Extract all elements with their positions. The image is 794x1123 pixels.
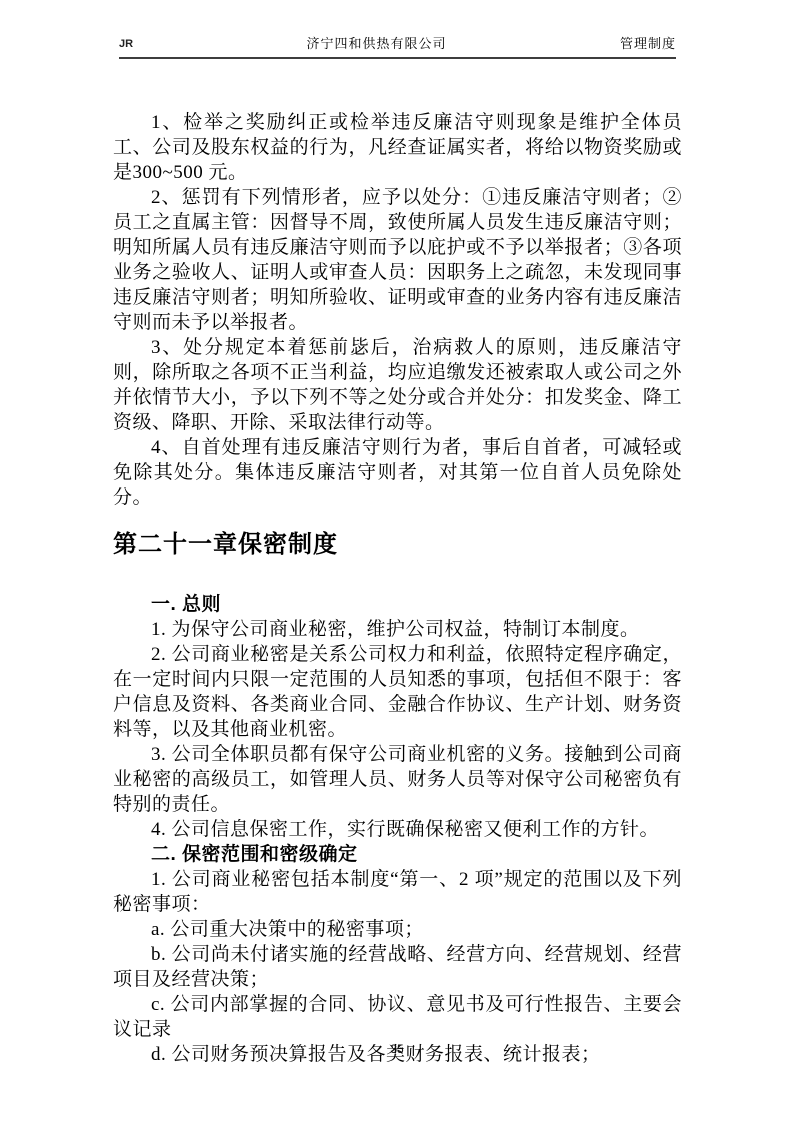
body-paragraph: 3、处分规定本着惩前毖后，治病救人的原则，违反廉洁守则，除所取之各项不正当利益，… (113, 335, 682, 435)
body-paragraph: 1. 为保守公司商业秘密，维护公司权益，特制订本制度。 (113, 617, 682, 642)
body-paragraph: 2. 公司商业秘密是关系公司权力和利益，依照特定程序确定，在一定时间内只限一定范… (113, 642, 682, 742)
body-paragraph: a. 公司重大决策中的秘密事项； (113, 917, 682, 942)
body-paragraph: 1. 公司商业秘密包括本制度“第一、2 项”规定的范围以及下列秘密事项： (113, 867, 682, 917)
body-paragraph: c. 公司内部掌握的合同、协议、意见书及可行性报告、主要会议记录 (113, 992, 682, 1042)
header-doc-type: 管理制度 (620, 36, 676, 52)
section-heading: 二. 保密范围和密级确定 (113, 842, 682, 867)
document-body: 1、检举之奖励纠正或检举违反廉洁守则现象是维护全体员工、公司及股东权益的行为，凡… (113, 110, 682, 1067)
page-number: 35 (390, 1042, 403, 1056)
chapter-heading: 第二十一章保密制度 (113, 530, 682, 560)
page-header: JR 济宁四和供热有限公司 管理制度 (119, 36, 676, 59)
body-paragraph: 3. 公司全体职员都有保守公司商业机密的义务。接触到公司商业秘密的高级员工，如管… (113, 742, 682, 817)
section-heading: 一. 总则 (113, 592, 682, 617)
body-paragraph: 1、检举之奖励纠正或检举违反廉洁守则现象是维护全体员工、公司及股东权益的行为，凡… (113, 110, 682, 185)
header-logo-text: JR (119, 36, 133, 52)
document-page: JR 济宁四和供热有限公司 管理制度 1、检举之奖励纠正或检举违反廉洁守则现象是… (0, 0, 794, 1123)
body-paragraph: 2、惩罚有下列情形者，应予以处分：①违反廉洁守则者；②员工之直属主管：因督导不周… (113, 185, 682, 335)
page-footer: 35 (0, 1042, 794, 1056)
header-company-name: 济宁四和供热有限公司 (307, 36, 447, 52)
body-paragraph: 4、自首处理有违反廉洁守则行为者，事后自首者，可减轻或免除其处分。集体违反廉洁守… (113, 435, 682, 510)
body-paragraph: 4. 公司信息保密工作，实行既确保秘密又便利工作的方针。 (113, 817, 682, 842)
body-paragraph: b. 公司尚未付诸实施的经营战略、经营方向、经营规划、经营项目及经营决策； (113, 942, 682, 992)
